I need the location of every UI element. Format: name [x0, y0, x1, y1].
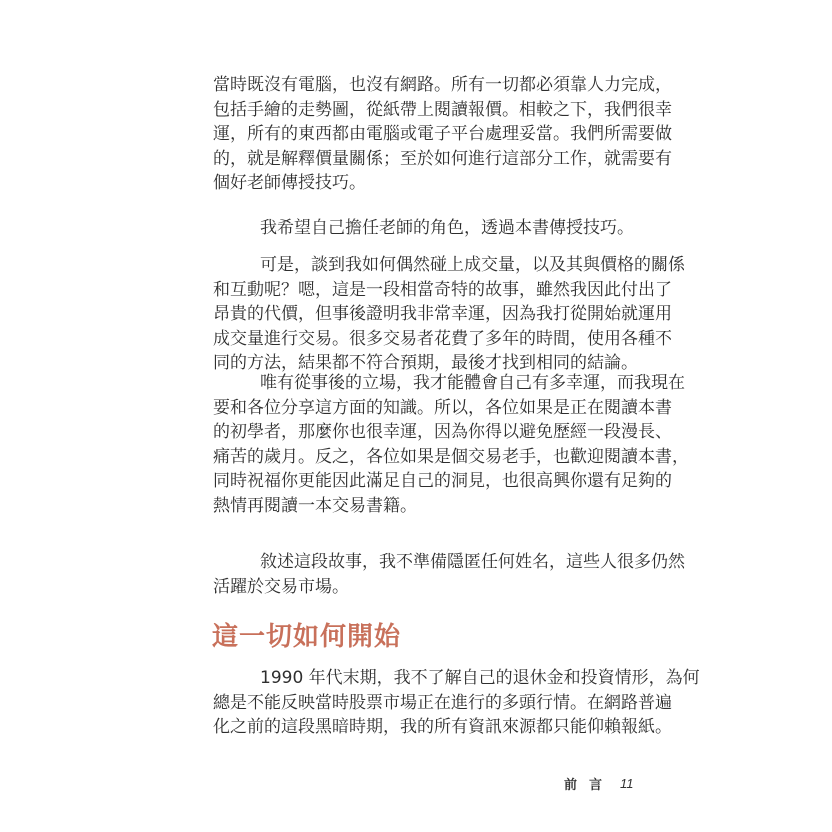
text-line: 當時既沒有電腦，也沒有網路。所有一切都必須靠人力完成，: [213, 73, 642, 98]
paragraph: 可是，談到我如何偶然碰上成交量，以及其與價格的關係和互動呢？嗯，這是一段相當奇特…: [213, 253, 642, 376]
text-line: 活躍於交易市場。: [213, 575, 642, 600]
page-footer: 前言 11: [564, 774, 634, 793]
section-heading: 這一切如何開始: [212, 619, 401, 655]
book-page: 當時既沒有電腦，也沒有網路。所有一切都必須靠人力完成，包括手繪的走勢圖，從紙帶上…: [0, 0, 832, 832]
text-line: 要和各位分享這方面的知識。所以，各位如果是正在閱讀本書: [213, 396, 642, 421]
text-line: 唯有從事後的立場，我才能體會自己有多幸運，而我現在: [213, 371, 642, 396]
paragraph: 唯有從事後的立場，我才能體會自己有多幸運，而我現在要和各位分享這方面的知識。所以…: [213, 371, 642, 519]
text-line: 我希望自己擔任老師的角色，透過本書傳授技巧。: [213, 216, 642, 241]
text-line: 個好老師傳授技巧。: [213, 171, 642, 196]
paragraph: 我希望自己擔任老師的角色，透過本書傳授技巧。: [213, 216, 642, 241]
text-line: 的初學者，那麼你也很幸運，因為你得以避免歷經一段漫長、: [213, 420, 642, 445]
paragraph: 1990 年代末期，我不了解自己的退休金和投資情形，為何總是不能反映當時股票市場…: [213, 666, 642, 740]
text-line: 可是，談到我如何偶然碰上成交量，以及其與價格的關係: [213, 253, 642, 278]
text-line: 痛苦的歲月。反之，各位如果是個交易老手，也歡迎閱讀本書，: [213, 445, 642, 470]
text-line: 和互動呢？嗯，這是一段相當奇特的故事，雖然我因此付出了: [213, 278, 642, 303]
paragraph: 當時既沒有電腦，也沒有網路。所有一切都必須靠人力完成，包括手繪的走勢圖，從紙帶上…: [213, 73, 642, 196]
running-section-title: 前言: [564, 774, 614, 793]
text-line: 1990 年代末期，我不了解自己的退休金和投資情形，為何: [213, 666, 642, 691]
paragraph: 敘述這段故事，我不準備隱匿任何姓名，這些人很多仍然活躍於交易市場。: [213, 550, 642, 599]
text-line: 總是不能反映當時股票市場正在進行的多頭行情。在網路普遍: [213, 691, 642, 716]
text-line: 包括手繪的走勢圖，從紙帶上閱讀報價。相較之下，我們很幸: [213, 98, 642, 123]
text-line: 化之前的這段黑暗時期，我的所有資訊來源都只能仰賴報紙。: [213, 715, 642, 740]
text-line: 昂貴的代價，但事後證明我非常幸運，因為我打從開始就運用: [213, 302, 642, 327]
text-line: 熱情再閱讀一本交易書籍。: [213, 494, 642, 519]
text-line: 運，所有的東西都由電腦或電子平台處理妥當。我們所需要做: [213, 122, 642, 147]
text-line: 同時祝福你更能因此滿足自己的洞見，也很高興你還有足夠的: [213, 469, 642, 494]
text-line: 的，就是解釋價量關係；至於如何進行這部分工作，就需要有: [213, 147, 642, 172]
text-line: 成交量進行交易。很多交易者花費了多年的時間，使用各種不: [213, 327, 642, 352]
text-line: 敘述這段故事，我不準備隱匿任何姓名，這些人很多仍然: [213, 550, 642, 575]
page-number: 11: [620, 776, 634, 791]
